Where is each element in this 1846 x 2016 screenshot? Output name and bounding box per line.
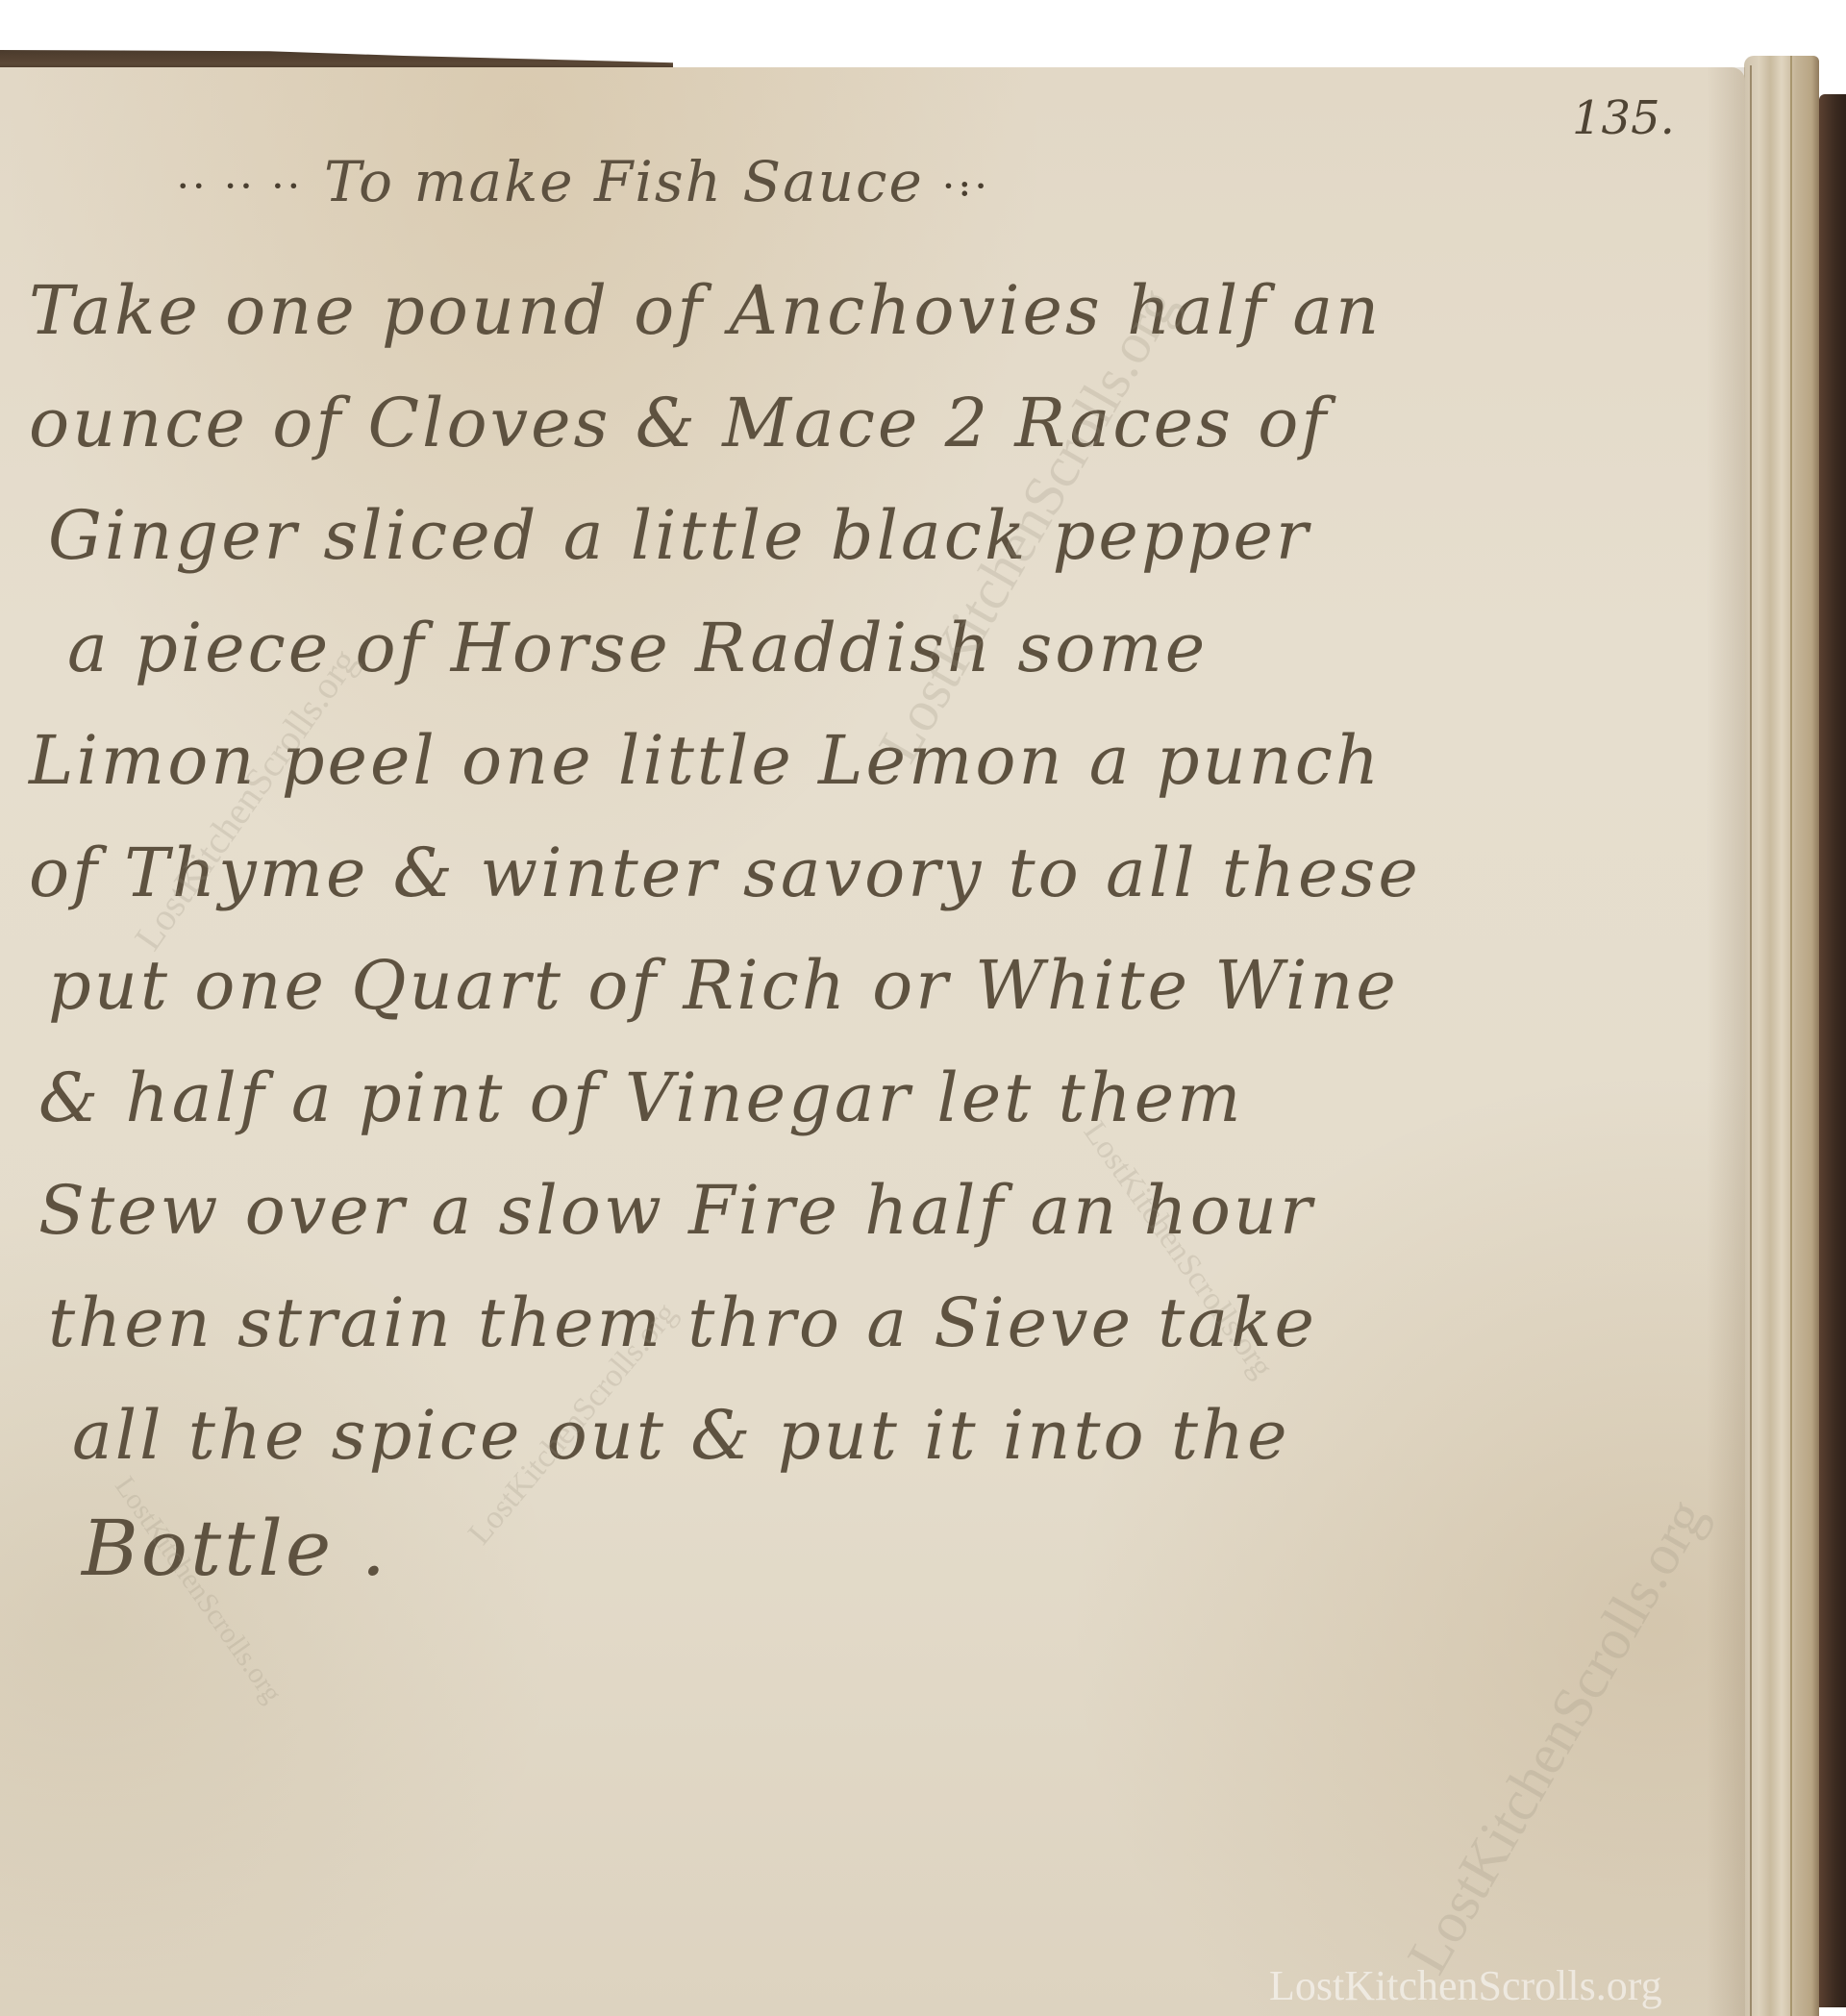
recipe-line: put one Quart of Rich or White Wine bbox=[29, 930, 1721, 1042]
recipe-line: of Thyme & winter savory to all these bbox=[29, 817, 1721, 930]
recipe-body: Take one pound of Anchovies half an ounc… bbox=[29, 255, 1721, 1605]
recipe-line: & half a pint of Vinegar let them bbox=[29, 1042, 1721, 1155]
recipe-title-line: ·· ·· ·· To make Fish Sauce ·:· bbox=[178, 149, 1332, 214]
recipe-line: Bottle . bbox=[29, 1492, 1721, 1605]
book-back-cover bbox=[1819, 94, 1846, 2007]
recipe-line: ounce of Cloves & Mace 2 Races of bbox=[29, 367, 1721, 480]
manuscript-page: 135. ·· ·· ·· To make Fish Sauce ·:· Tak… bbox=[0, 67, 1745, 2016]
recipe-line: Take one pound of Anchovies half an bbox=[29, 255, 1721, 367]
title-ornament-right: ·:· bbox=[943, 169, 991, 203]
recipe-line: a piece of Horse Raddish some bbox=[29, 592, 1721, 705]
recipe-line: Limon peel one little Lemon a punch bbox=[29, 705, 1721, 817]
recipe-line: all the spice out & put it into the bbox=[29, 1380, 1721, 1492]
recipe-line: then strain them thro a Sieve take bbox=[29, 1267, 1721, 1380]
page-number: 135. bbox=[1572, 91, 1675, 145]
recipe-title: To make Fish Sauce bbox=[324, 149, 924, 214]
recipe-line: Ginger sliced a little black pepper bbox=[29, 480, 1721, 592]
stacked-page-edges bbox=[1744, 56, 1819, 2016]
title-ornament-left: ·· ·· ·· bbox=[178, 169, 305, 203]
recipe-line: Stew over a slow Fire half an hour bbox=[29, 1155, 1721, 1267]
